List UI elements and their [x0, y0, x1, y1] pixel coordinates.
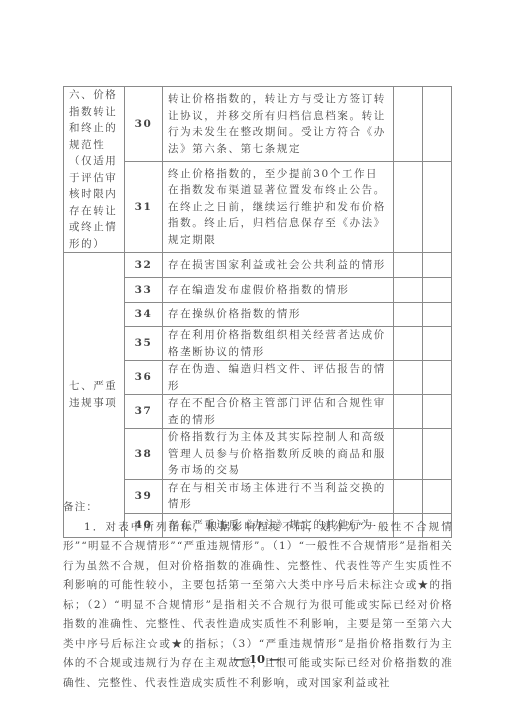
remark-cell	[423, 327, 452, 361]
notes-heading: 备注：	[63, 498, 453, 518]
item-number: 38	[125, 429, 163, 480]
check-cell	[394, 278, 423, 303]
check-cell	[394, 361, 423, 395]
item-description: 存在操纵价格指数的情形	[163, 303, 394, 327]
check-cell	[394, 87, 423, 162]
remark-cell	[423, 253, 452, 278]
item-description: 终止价格指数的，至少提前30个工作日在指数发布渠道显著位置发布终止公告。在终止之…	[163, 162, 394, 253]
category-cell-section7: 七、严重违规事项	[64, 253, 125, 538]
remark-cell	[423, 361, 452, 395]
check-cell	[394, 303, 423, 327]
item-description: 存在编造发布虚假价格指数的情形	[163, 278, 394, 303]
remark-cell	[423, 395, 452, 429]
page-number: — 10 —	[0, 652, 514, 666]
item-number: 30	[125, 87, 163, 162]
document-page: 六、价格指数转让和终止的规范性（仅适用于评估审核时限内存在转让或终止情形的） 3…	[0, 0, 514, 728]
check-cell	[394, 429, 423, 480]
item-description: 存在利用价格指数组织相关经营者达成价格垄断协议的情形	[163, 327, 394, 361]
item-number: 32	[125, 253, 163, 278]
remark-cell	[423, 162, 452, 253]
item-number: 33	[125, 278, 163, 303]
remark-cell	[423, 87, 452, 162]
check-cell	[394, 162, 423, 253]
notes-paragraph-1: 1．对表中所列指标，根据影响程度不同，划分为“一般性不合规情形”“明显不合规情形…	[63, 518, 453, 694]
item-description: 转让价格指数的，转让方与受让方签订转让协议，并移交所有归档信息档案。转让行为未发…	[163, 87, 394, 162]
category-cell-section6: 六、价格指数转让和终止的规范性（仅适用于评估审核时限内存在转让或终止情形的）	[64, 87, 125, 253]
item-number: 36	[125, 361, 163, 395]
item-description: 价格指数行为主体及其实际控制人和高级管理人员参与价格指数所反映的商品和服务市场的…	[163, 429, 394, 480]
remark-cell	[423, 278, 452, 303]
item-number: 34	[125, 303, 163, 327]
item-number: 37	[125, 395, 163, 429]
remark-cell	[423, 303, 452, 327]
item-description: 存在不配合价格主管部门评估和合规性审查的情形	[163, 395, 394, 429]
item-number: 31	[125, 162, 163, 253]
check-cell	[394, 327, 423, 361]
table-row: 七、严重违规事项 32 存在损害国家利益或社会公共利益的情形	[64, 253, 452, 278]
item-number: 35	[125, 327, 163, 361]
check-cell	[394, 253, 423, 278]
item-description: 存在伪造、编造归档文件、评估报告的情形	[163, 361, 394, 395]
remark-cell	[423, 429, 452, 480]
check-cell	[394, 395, 423, 429]
table-row: 六、价格指数转让和终止的规范性（仅适用于评估审核时限内存在转让或终止情形的） 3…	[64, 87, 452, 162]
item-description: 存在损害国家利益或社会公共利益的情形	[163, 253, 394, 278]
compliance-table: 六、价格指数转让和终止的规范性（仅适用于评估审核时限内存在转让或终止情形的） 3…	[63, 86, 452, 538]
